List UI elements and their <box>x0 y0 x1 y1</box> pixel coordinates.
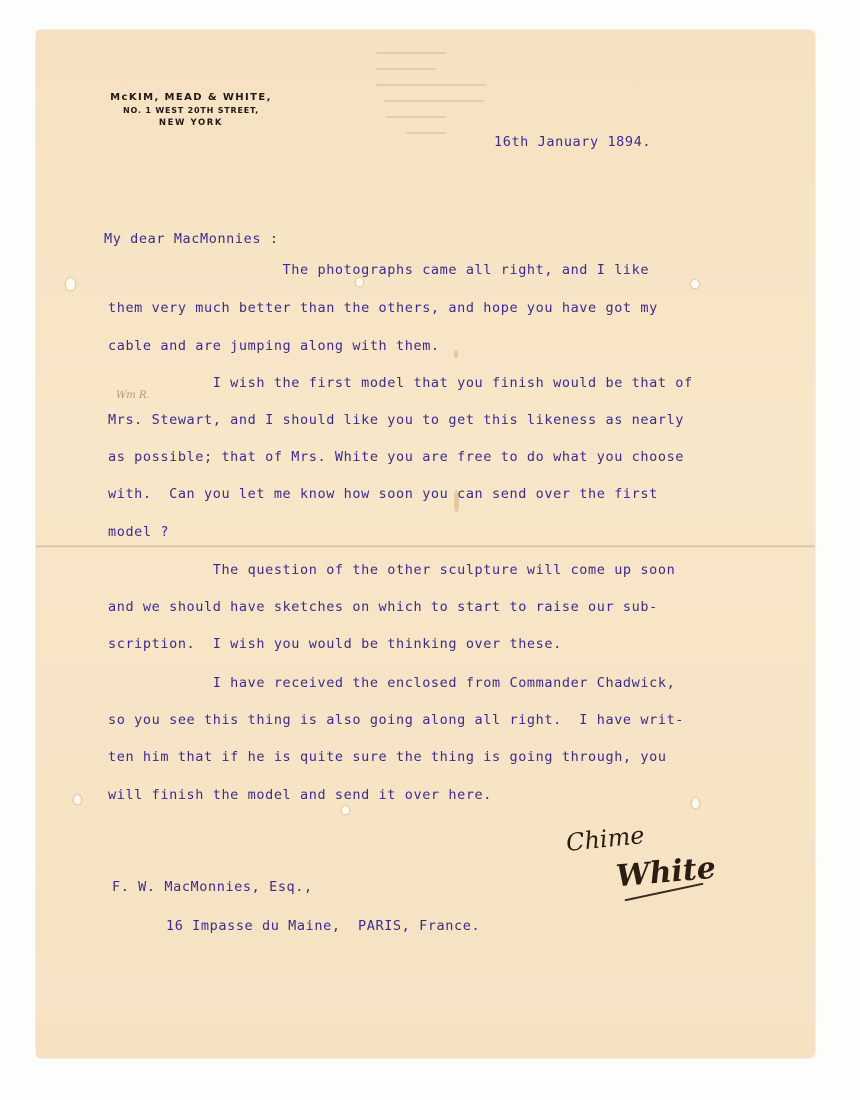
letterhead: McKIM, MEAD & WHITE, NO. 1 WEST 20TH STR… <box>106 92 276 128</box>
pin-hole <box>66 278 75 290</box>
signature-closing: Chime <box>565 821 646 857</box>
letter-date: 16th January 1894. <box>494 134 651 150</box>
ink-stain <box>454 490 459 512</box>
body-line: I have received the enclosed from Comman… <box>108 675 675 691</box>
pin-hole <box>692 798 699 808</box>
pin-hole <box>356 278 363 286</box>
body-line: will finish the model and send it over h… <box>108 787 492 803</box>
body-line: as possible; that of Mrs. White you are … <box>108 449 684 465</box>
body-line: I wish the first model that you finish w… <box>108 375 693 391</box>
letter-page: McKIM, MEAD & WHITE, NO. 1 WEST 20TH STR… <box>36 30 815 1058</box>
body-line: so you see this thing is also going alon… <box>108 712 684 728</box>
letterhead-address: NO. 1 WEST 20TH STREET, <box>106 106 276 115</box>
salutation: My dear MacMonnies : <box>104 231 279 247</box>
body-line: with. Can you let me know how soon you c… <box>108 486 658 502</box>
recipient-name: F. W. MacMonnies, Esq., <box>112 879 313 895</box>
body-line: cable and are jumping along with them. <box>108 338 440 354</box>
body-line: them very much better than the others, a… <box>108 300 658 316</box>
margin-pencil-note: Wm R. <box>116 390 150 401</box>
body-line: The question of the other sculpture will… <box>108 562 675 578</box>
letterhead-city: NEW YORK <box>106 118 276 128</box>
fold-crease <box>36 545 815 548</box>
body-line: scription. I wish you would be thinking … <box>108 636 562 652</box>
ink-stain <box>454 350 458 358</box>
body-line: The photographs came all right, and I li… <box>108 262 649 278</box>
body-line: model ? <box>108 524 169 540</box>
signature-name: White <box>615 851 718 895</box>
signature: Chime White <box>566 825 756 895</box>
pin-hole <box>342 806 349 814</box>
body-line: Mrs. Stewart, and I should like you to g… <box>108 412 684 428</box>
pin-hole <box>74 795 81 804</box>
pin-hole <box>691 280 699 288</box>
body-line: and we should have sketches on which to … <box>108 599 658 615</box>
recipient-address: 16 Impasse du Maine, PARIS, France. <box>166 918 480 934</box>
letterhead-firm: McKIM, MEAD & WHITE, <box>106 92 276 103</box>
body-line: ten him that if he is quite sure the thi… <box>108 749 667 765</box>
